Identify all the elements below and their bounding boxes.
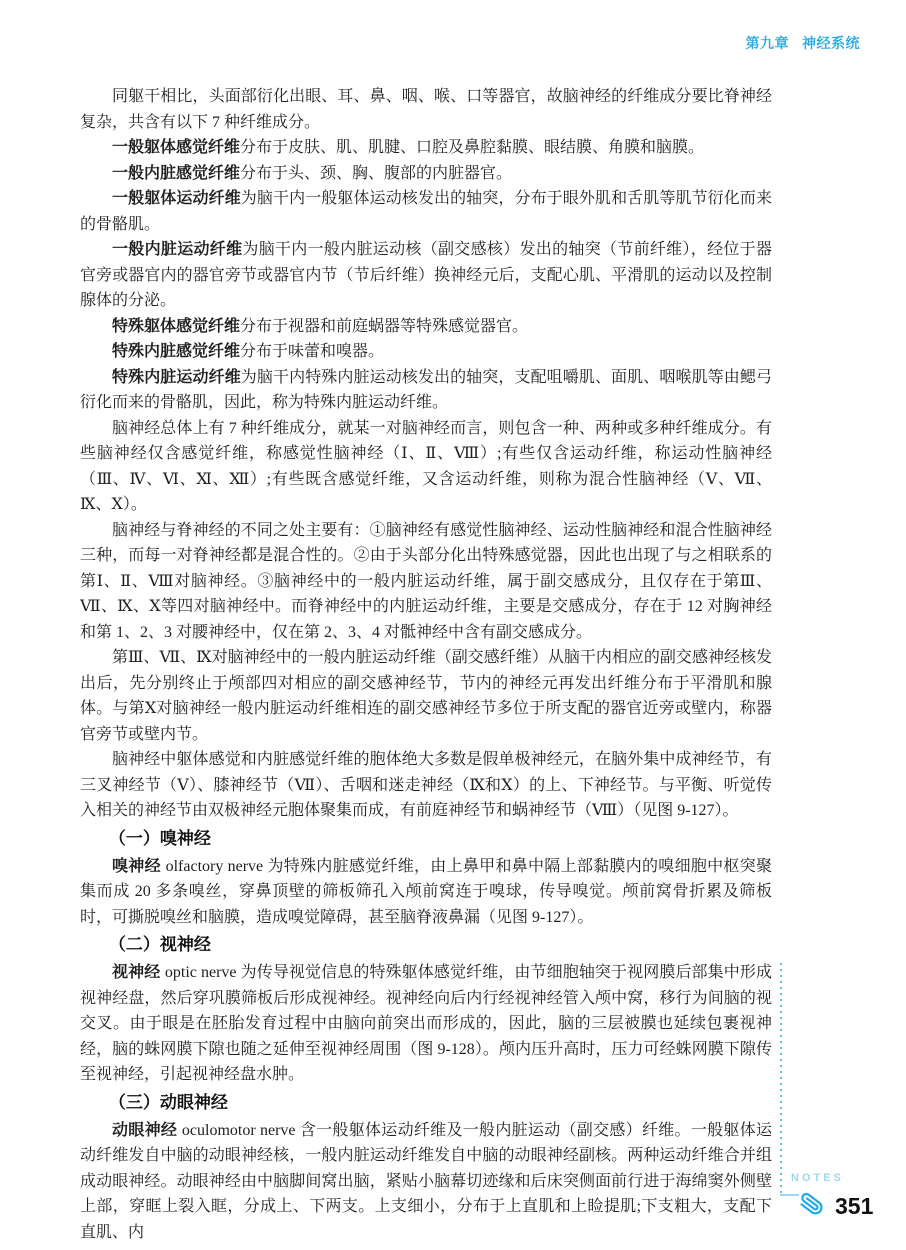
text-run: 脑神经与脊神经的不同之处主要有：①脑神经有感觉性脑神经、运动性脑神经和混合性脑神…	[80, 522, 772, 641]
paragraph: 一般躯体感觉纤维分布于皮肤、肌、肌腱、口腔及鼻腔黏膜、眼结膜、角膜和脑膜。	[80, 135, 772, 161]
latin-term: olfactory nerve	[166, 858, 268, 875]
text-run: 分布于味蕾和嗅器。	[240, 343, 384, 360]
text-run: 同躯干相比，头面部衍化出眼、耳、鼻、咽、喉、口等器官，故脑神经的纤维成分要比脊神…	[80, 88, 772, 131]
term-bold: 视神经	[112, 964, 165, 981]
chapter-header: 第九章神经系统	[746, 33, 861, 53]
textbook-page: 第九章神经系统 同躯干相比，头面部衍化出眼、耳、鼻、咽、喉、口等器官，故脑神经的…	[0, 0, 906, 1250]
term-bold: 一般躯体感觉纤维	[112, 139, 240, 156]
chapter-title: 神经系统	[802, 35, 860, 51]
paragraph: 脑神经中躯体感觉和内脏感觉纤维的胞体绝大多数是假单极神经元，在脑外集中成神经节，…	[80, 747, 772, 824]
text-run: 脑神经总体上有 7 种纤维成分，就某一对脑神经而言，则包含一种、两种或多种纤维成…	[80, 420, 772, 514]
notes-divider-line	[780, 963, 782, 1195]
term-bold: 特殊内脏感觉纤维	[112, 343, 240, 360]
paragraph: 一般躯体运动纤维为脑干内一般躯体运动核发出的轴突，分布于眼外肌和舌肌等肌节衍化而…	[80, 186, 772, 237]
latin-term: optic nerve	[165, 964, 241, 981]
paragraph: 特殊内脏感觉纤维分布于味蕾和嗅器。	[80, 339, 772, 365]
text-run: 脑神经中躯体感觉和内脏感觉纤维的胞体绝大多数是假单极神经元，在脑外集中成神经节，…	[80, 751, 772, 819]
paragraph: 动眼神经 oculomotor nerve 含一般躯体运动纤维及一般内脏运动（副…	[80, 1118, 772, 1246]
section-heading: （三）动眼神经	[80, 1089, 772, 1117]
text-run: 为传导视觉信息的特殊躯体感觉纤维，由节细胞轴突于视网膜后部集中形成视神经盘，然后…	[80, 964, 772, 1083]
paragraph: 第Ⅲ、Ⅶ、Ⅸ对脑神经中的一般内脏运动纤维（副交感纤维）从脑干内相应的副交感神经核…	[80, 645, 772, 747]
article: 同躯干相比，头面部衍化出眼、耳、鼻、咽、喉、口等器官，故脑神经的纤维成分要比脊神…	[80, 84, 772, 1245]
latin-term: oculomotor nerve	[182, 1122, 300, 1139]
page-number: 351	[835, 1193, 873, 1220]
chapter-number: 第九章	[746, 35, 790, 51]
section-heading: （一）嗅神经	[80, 825, 772, 853]
term-bold: 一般内脏感觉纤维	[112, 165, 240, 182]
text-run: 分布于视器和前庭蜗器等特殊感觉器官。	[240, 318, 528, 335]
paragraph: 特殊内脏运动纤维为脑干内特殊内脏运动核发出的轴突，支配咀嚼肌、面肌、咽喉肌等由鳃…	[80, 365, 772, 416]
notes-label: NOTES	[791, 1172, 844, 1184]
paragraph: 脑神经与脊神经的不同之处主要有：①脑神经有感觉性脑神经、运动性脑神经和混合性脑神…	[80, 518, 772, 646]
text-run: 分布于皮肤、肌、肌腱、口腔及鼻腔黏膜、眼结膜、角膜和脑膜。	[240, 139, 704, 156]
paperclip-icon	[797, 1190, 824, 1217]
paragraph: 一般内脏运动纤维为脑干内一般内脏运动核（副交感核）发出的轴突（节前纤维），经位于…	[80, 237, 772, 314]
paragraph: 视神经 optic nerve 为传导视觉信息的特殊躯体感觉纤维，由节细胞轴突于…	[80, 960, 772, 1088]
term-bold: 特殊躯体感觉纤维	[112, 318, 240, 335]
text-run: 含一般躯体运动纤维及一般内脏运动（副交感）纤维。一般躯体运动纤维发自中脑的动眼神…	[80, 1122, 772, 1241]
term-bold: 嗅神经	[112, 858, 166, 875]
notes-tick-line	[780, 1194, 799, 1196]
section-heading: （二）视神经	[80, 931, 772, 959]
paragraph: 一般内脏感觉纤维分布于头、颈、胸、腹部的内脏器官。	[80, 161, 772, 187]
text-run: 第Ⅲ、Ⅶ、Ⅸ对脑神经中的一般内脏运动纤维（副交感纤维）从脑干内相应的副交感神经核…	[80, 649, 772, 743]
term-bold: 动眼神经	[112, 1122, 182, 1139]
term-bold: 特殊内脏运动纤维	[112, 369, 241, 386]
term-bold: 一般躯体运动纤维	[112, 190, 241, 207]
paragraph: 脑神经总体上有 7 种纤维成分，就某一对脑神经而言，则包含一种、两种或多种纤维成…	[80, 416, 772, 518]
text-run: 分布于头、颈、胸、腹部的内脏器官。	[240, 165, 512, 182]
paragraph: 同躯干相比，头面部衍化出眼、耳、鼻、咽、喉、口等器官，故脑神经的纤维成分要比脊神…	[80, 84, 772, 135]
paragraph: 嗅神经 olfactory nerve 为特殊内脏感觉纤维，由上鼻甲和鼻中隔上部…	[80, 854, 772, 931]
paragraph: 特殊躯体感觉纤维分布于视器和前庭蜗器等特殊感觉器官。	[80, 314, 772, 340]
term-bold: 一般内脏运动纤维	[112, 241, 242, 258]
